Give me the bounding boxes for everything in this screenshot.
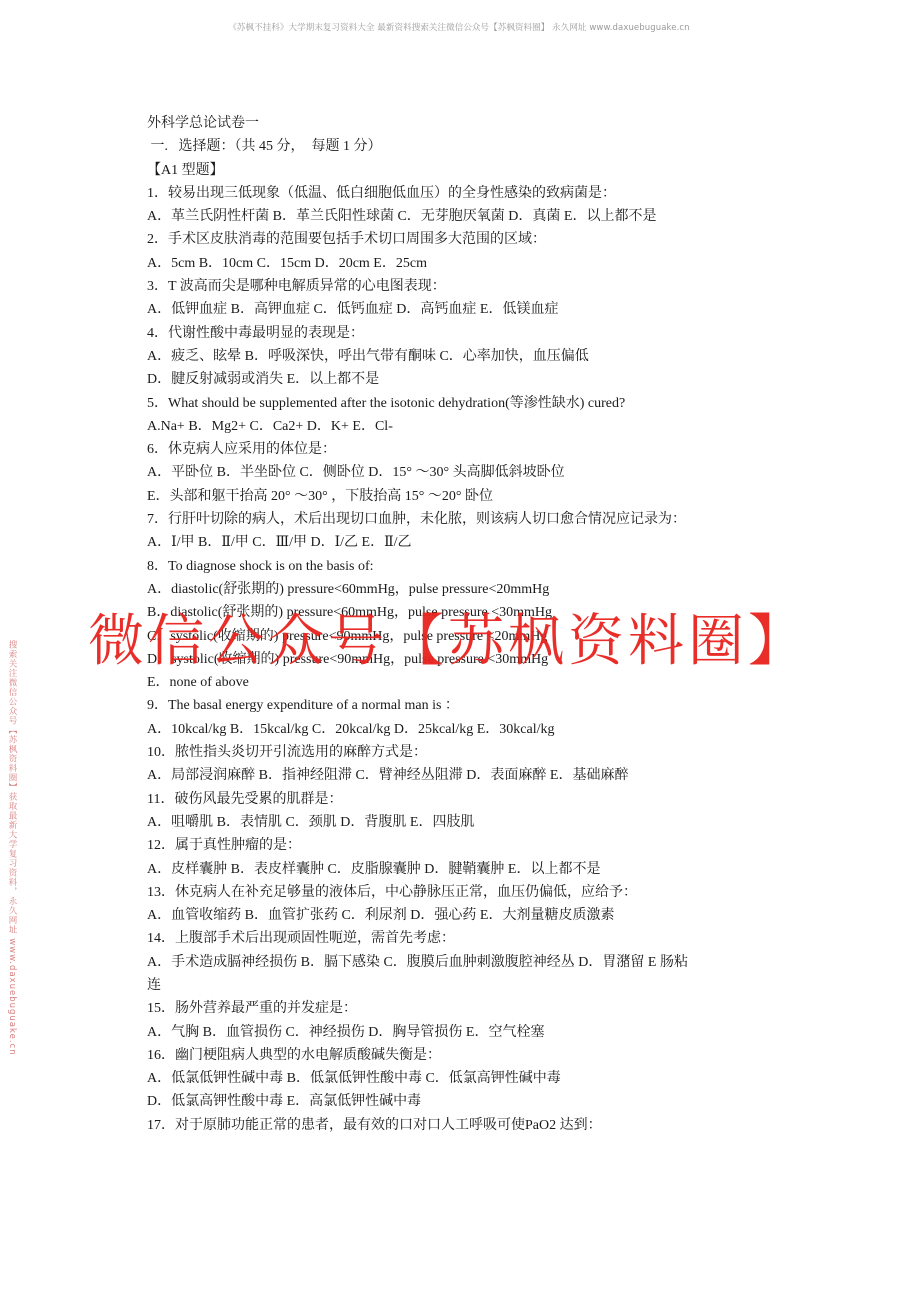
header-banner: 《苏枫不挂科》大学期末复习资料大全 最新资料搜索关注微信公众号【苏枫资料圈】 永… xyxy=(0,21,918,33)
question-line: A．Ⅰ/甲 B．Ⅱ/甲 C．Ⅲ/甲 D．Ⅰ/乙 E．Ⅱ/乙 xyxy=(147,531,787,554)
question-line: 7．行肝叶切除的病人，术后出现切口血肿，未化脓，则该病人切口愈合情况应记录为： xyxy=(147,508,787,531)
question-line: A．革兰氏阴性杆菌 B．革兰氏阳性球菌 C．无芽胞厌氧菌 D．真菌 E．以上都不… xyxy=(147,205,787,228)
question-line: A．低氯低钾性碱中毒 B．低氯低钾性酸中毒 C．低氯高钾性碱中毒 xyxy=(147,1067,787,1090)
question-line: 连 xyxy=(147,974,787,997)
question-line: A．皮样囊肿 B．表皮样囊肿 C．皮脂腺囊肿 D．腱鞘囊肿 E．以上都不是 xyxy=(147,858,787,881)
question-line: 10．脓性指头炎切开引流选用的麻醉方式是： xyxy=(147,741,787,764)
question-line: 3．T 波高而尖是哪种电解质异常的心电图表现： xyxy=(147,275,787,298)
question-line: 1．较易出现三低现象（低温、低白细胞低血压）的全身性感染的致病菌是： xyxy=(147,182,787,205)
question-line: A.Na+ B．Mg2+ C．Ca2+ D．K+ E．Cl- xyxy=(147,415,787,438)
question-line: 16．幽门梗阻病人典型的水电解质酸碱失衡是： xyxy=(147,1044,787,1067)
question-line: 5．What should be supplemented after the … xyxy=(147,392,787,415)
question-line: 2．手术区皮肤消毒的范围要包括手术切口周围多大范围的区域： xyxy=(147,228,787,251)
question-line: A．10kcal/kg B．15kcal/kg C．20kcal/kg D．25… xyxy=(147,718,787,741)
question-line: 6．休克病人应采用的体位是： xyxy=(147,438,787,461)
question-line: A．气胸 B．血管损伤 C．神经损伤 D．胸导管损伤 E．空气栓塞 xyxy=(147,1021,787,1044)
question-line: A．血管收缩药 B．血管扩张药 C．利尿剂 D．强心药 E．大剂量糖皮质激素 xyxy=(147,904,787,927)
question-line: 13．休克病人在补充足够量的液体后，中心静脉压正常，血压仍偏低，应给予： xyxy=(147,881,787,904)
question-line: A．咀嚼肌 B．表情肌 C．颈肌 D．背腹肌 E．四肢肌 xyxy=(147,811,787,834)
document-title: 外科学总论试卷一 xyxy=(147,112,787,135)
question-line: A．5cm B．10cm C．15cm D．20cm E．25cm xyxy=(147,252,787,275)
question-line: C．systolic(收缩期的) pressure<90mmHg，pulse p… xyxy=(147,625,787,648)
question-line: 12．属于真性肿瘤的是： xyxy=(147,834,787,857)
question-line: B．diastolic(舒张期的) pressure<60mmHg，pulse … xyxy=(147,601,787,624)
question-line: A．局部浸润麻醉 B．指神经阻滞 C．臂神经丛阻滞 D．表面麻醉 E．基础麻醉 xyxy=(147,764,787,787)
question-line: E．none of above xyxy=(147,671,787,694)
section-heading: 一. 选择题：（共 45 分， 每题 1 分） xyxy=(147,135,787,158)
document-body: 外科学总论试卷一 一. 选择题：（共 45 分， 每题 1 分） 【A1 型题】… xyxy=(147,112,787,1137)
question-line: A．平卧位 B．半坐卧位 C．侧卧位 D．15° ～30° 头高脚低斜坡卧位 xyxy=(147,461,787,484)
question-line: 17．对于原肺功能正常的患者，最有效的口对口人工呼吸可使PaO2 达到： xyxy=(147,1114,787,1137)
question-line: D．腱反射减弱或消失 E．以上都不是 xyxy=(147,368,787,391)
question-line: 11．破伤风最先受累的肌群是： xyxy=(147,788,787,811)
question-line: A．疲乏、眩晕 B．呼吸深快，呼出气带有酮味 C．心率加快，血压偏低 xyxy=(147,345,787,368)
question-line: 14．上腹部手术后出现顽固性呃逆，需首先考虑： xyxy=(147,927,787,950)
question-line: 9．The basal energy expenditure of a norm… xyxy=(147,694,787,717)
question-line: A．diastolic(舒张期的) pressure<60mmHg，pulse … xyxy=(147,578,787,601)
question-line: A．低钾血症 B．高钾血症 C．低钙血症 D．高钙血症 E．低镁血症 xyxy=(147,298,787,321)
question-line: 15．肠外营养最严重的并发症是： xyxy=(147,997,787,1020)
question-line: D．低氯高钾性酸中毒 E．高氯低钾性碱中毒 xyxy=(147,1090,787,1113)
side-note: 搜索关注微信公众号【苏枫资料圈】获取最新大学复习资料，永久网址 www.daxu… xyxy=(6,640,18,1056)
question-line: E．头部和躯干抬高 20° ～30° ，下肢抬高 15° ～20° 卧位 xyxy=(147,485,787,508)
question-list: 1．较易出现三低现象（低温、低白细胞低血压）的全身性感染的致病菌是：A．革兰氏阴… xyxy=(147,182,787,1137)
question-line: A．手术造成膈神经损伤 B．膈下感染 C．腹膜后血肿刺激腹腔神经丛 D．胃潴留 … xyxy=(147,951,787,974)
question-line: 4．代谢性酸中毒最明显的表现是： xyxy=(147,322,787,345)
question-line: 8．To diagnose shock is on the basis of: xyxy=(147,555,787,578)
subsection-heading: 【A1 型题】 xyxy=(147,159,787,182)
question-line: D．systolic(收缩期的) pressure<90mmHg，pulse p… xyxy=(147,648,787,671)
